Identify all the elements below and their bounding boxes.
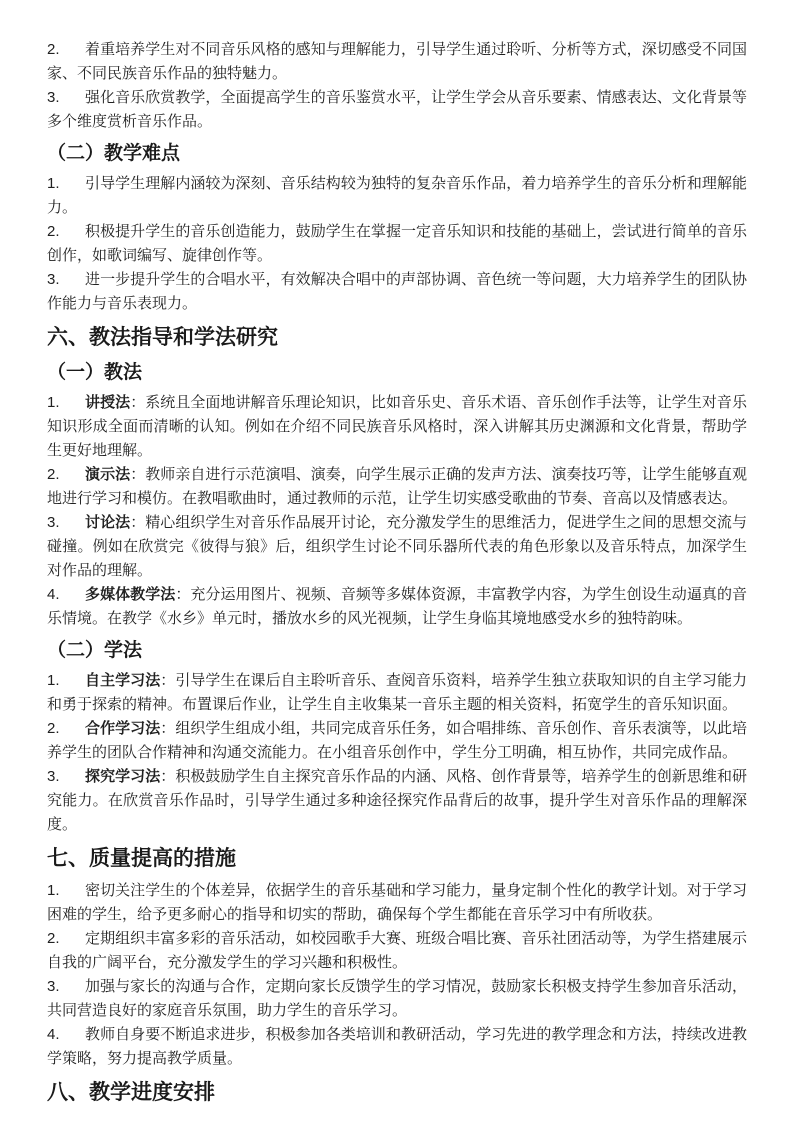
list-item-text: 引导学生理解内涵较为深刻、音乐结构较为独特的复杂音乐作品，着力培养学生的音乐分析… xyxy=(47,175,747,216)
list-item: 3.进一步提升学生的合唱水平，有效解决合唱中的声部协调、音色统一等问题，大力培养… xyxy=(47,268,747,316)
method-label: 合作学习法 xyxy=(85,720,160,737)
method-label: 讨论法 xyxy=(85,514,130,531)
list-item: 2.演示法：教师亲自进行示范演唱、演奏，向学生展示正确的发声方法、演奏技巧等，让… xyxy=(47,463,747,511)
list-item: 2.积极提升学生的音乐创造能力，鼓励学生在掌握一定音乐知识和技能的基础上，尝试进… xyxy=(47,220,747,268)
list-item-text: 定期组织丰富多彩的音乐活动，如校园歌手大赛、班级合唱比赛、音乐社团活动等，为学生… xyxy=(47,930,747,971)
list-number: 2. xyxy=(47,220,85,244)
section-heading: 七、质量提高的措施 xyxy=(47,844,747,874)
list-number: 3. xyxy=(47,268,85,292)
list-number: 1. xyxy=(47,391,85,415)
list-item-text: 加强与家长的沟通与合作，定期向家长反馈学生的学习情况，鼓励家长积极支持学生参加音… xyxy=(47,978,747,1019)
list-item: 3.讨论法：精心组织学生对音乐作品展开讨论，充分激发学生的思维活力，促进学生之间… xyxy=(47,511,747,583)
list-number: 2. xyxy=(47,38,85,62)
method-label: 讲授法 xyxy=(85,394,130,411)
list-item: 2.定期组织丰富多彩的音乐活动，如校园歌手大赛、班级合唱比赛、音乐社团活动等，为… xyxy=(47,927,747,975)
list-item: 4.教师自身要不断追求进步，积极参加各类培训和教研活动，学习先进的教学理念和方法… xyxy=(47,1023,747,1071)
list-item-text: 积极提升学生的音乐创造能力，鼓励学生在掌握一定音乐知识和技能的基础上，尝试进行简… xyxy=(47,223,747,264)
subsection-heading: （一）教法 xyxy=(47,359,747,387)
list-number: 3. xyxy=(47,86,85,110)
list-item: 2.合作学习法：组织学生组成小组，共同完成音乐任务，如合唱排练、音乐创作、音乐表… xyxy=(47,717,747,765)
list-number: 3. xyxy=(47,975,85,999)
list-item: 3.加强与家长的沟通与合作，定期向家长反馈学生的学习情况，鼓励家长积极支持学生参… xyxy=(47,975,747,1023)
list-item: 3.探究学习法：积极鼓励学生自主探究音乐作品的内涵、风格、创作背景等，培养学生的… xyxy=(47,765,747,837)
list-item-text: 密切关注学生的个体差异，依据学生的音乐基础和学习能力，量身定制个性化的教学计划。… xyxy=(47,882,747,923)
list-item: 3.强化音乐欣赏教学，全面提高学生的音乐鉴赏水平，让学生学会从音乐要素、情感表达… xyxy=(47,86,747,134)
list-number: 4. xyxy=(47,583,85,607)
list-item-text: 进一步提升学生的合唱水平，有效解决合唱中的声部协调、音色统一等问题，大力培养学生… xyxy=(47,271,747,312)
list-item-text: 强化音乐欣赏教学，全面提高学生的音乐鉴赏水平，让学生学会从音乐要素、情感表达、文… xyxy=(47,89,747,130)
list-number: 1. xyxy=(47,879,85,903)
subsection-heading: （二）教学难点 xyxy=(47,140,747,168)
list-item-text: 教师自身要不断追求进步，积极参加各类培训和教研活动，学习先进的教学理念和方法，持… xyxy=(47,1026,747,1067)
list-number: 3. xyxy=(47,765,85,789)
subsection-heading: （二）学法 xyxy=(47,637,747,665)
list-item-text: 着重培养学生对不同音乐风格的感知与理解能力，引导学生通过聆听、分析等方式，深切感… xyxy=(47,41,747,82)
list-number: 3. xyxy=(47,511,85,535)
section-heading: 八、教学进度安排 xyxy=(47,1078,747,1108)
list-number: 4. xyxy=(47,1023,85,1047)
document-page: 2.着重培养学生对不同音乐风格的感知与理解能力，引导学生通过聆听、分析等方式，深… xyxy=(0,0,793,1122)
list-number: 1. xyxy=(47,669,85,693)
list-number: 1. xyxy=(47,172,85,196)
list-item-text: ：精心组织学生对音乐作品展开讨论，充分激发学生的思维活力，促进学生之间的思想交流… xyxy=(47,514,747,579)
list-number: 2. xyxy=(47,717,85,741)
list-item: 1.自主学习法：引导学生在课后自主聆听音乐、查阅音乐资料，培养学生独立获取知识的… xyxy=(47,669,747,717)
method-label: 自主学习法 xyxy=(85,672,160,689)
list-item: 1.密切关注学生的个体差异，依据学生的音乐基础和学习能力，量身定制个性化的教学计… xyxy=(47,879,747,927)
list-item: 2.着重培养学生对不同音乐风格的感知与理解能力，引导学生通过聆听、分析等方式，深… xyxy=(47,38,747,86)
list-number: 2. xyxy=(47,927,85,951)
list-item: 1.引导学生理解内涵较为深刻、音乐结构较为独特的复杂音乐作品，着力培养学生的音乐… xyxy=(47,172,747,220)
method-label: 多媒体教学法 xyxy=(85,586,175,603)
method-label: 演示法 xyxy=(85,466,130,483)
list-item: 1.讲授法：系统且全面地讲解音乐理论知识，比如音乐史、音乐术语、音乐创作手法等，… xyxy=(47,391,747,463)
list-item-text: ：系统且全面地讲解音乐理论知识，比如音乐史、音乐术语、音乐创作手法等，让学生对音… xyxy=(47,394,747,459)
list-item: 4.多媒体教学法：充分运用图片、视频、音频等多媒体资源，丰富教学内容，为学生创设… xyxy=(47,583,747,631)
list-item-text: ：教师亲自进行示范演唱、演奏，向学生展示正确的发声方法、演奏技巧等，让学生能够直… xyxy=(47,466,747,507)
list-number: 2. xyxy=(47,463,85,487)
method-label: 探究学习法 xyxy=(85,768,160,785)
section-heading: 六、教法指导和学法研究 xyxy=(47,323,747,353)
